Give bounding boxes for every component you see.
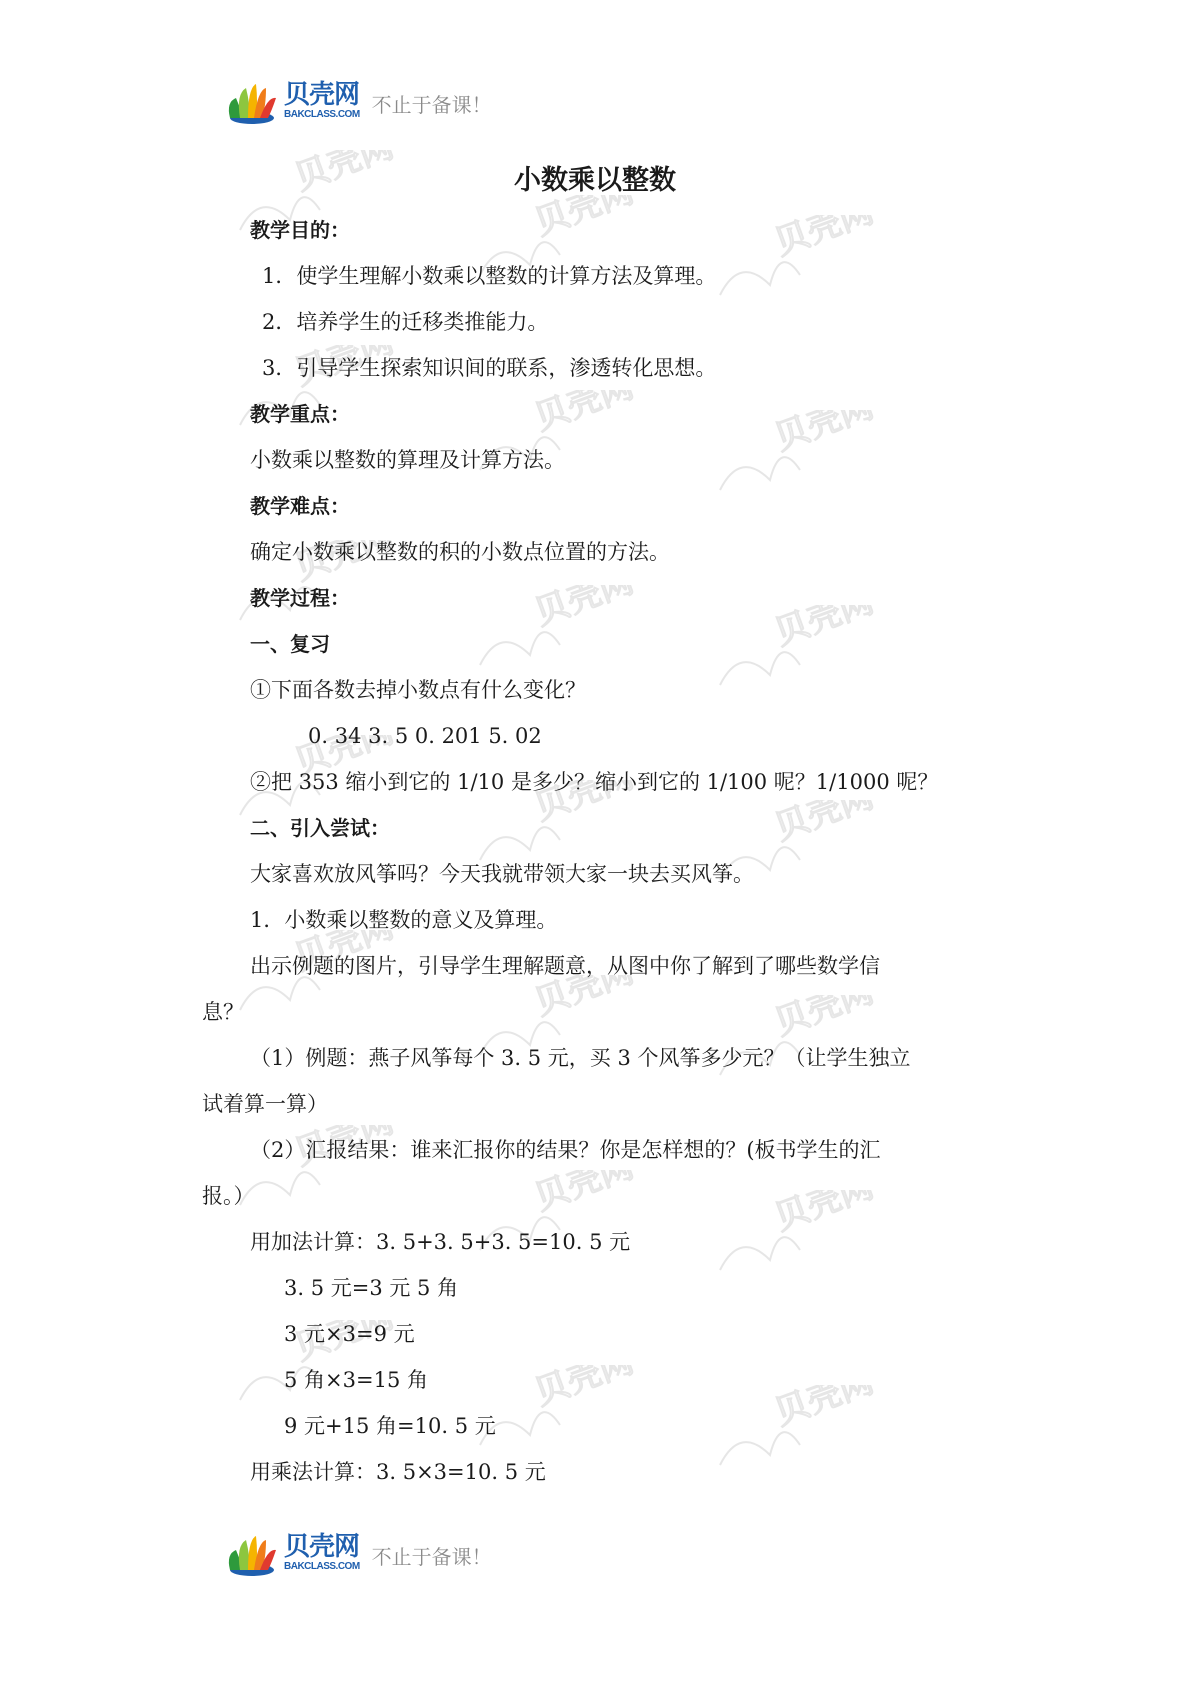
watermark-icon: 贝壳网	[710, 215, 910, 305]
svg-text:贝壳网: 贝壳网	[769, 800, 879, 848]
svg-text:贝壳网: 贝壳网	[529, 195, 639, 243]
svg-text:贝壳网: 贝壳网	[769, 1190, 879, 1238]
calc-step: 5 角×3=15 角	[284, 1366, 428, 1394]
heading-difficulties: 教学难点：	[250, 492, 350, 520]
objective-item: 3．引导学生探索知识间的联系，渗透转化思想。	[262, 354, 716, 382]
watermark-icon: 贝壳网	[470, 585, 670, 675]
review-question-2: ②把 353 缩小到它的 1/10 是多少？缩小到它的 1/100 呢？1/10…	[250, 768, 938, 796]
example-problem: （1）例题：燕子风筝每个 3. 5 元，买 3 个风筝多少元？（让学生独立	[250, 1044, 911, 1072]
difficulty-text: 确定小数乘以整数的积的小数点位置的方法。	[250, 538, 670, 566]
brand-domain: BAKCLASS.COM	[284, 109, 360, 121]
section-introduction: 二、引入尝试：	[250, 814, 390, 842]
calc-step: 3. 5 元=3 元 5 角	[284, 1274, 458, 1302]
section-review: 一、复习	[250, 630, 330, 658]
addition-method: 用加法计算：3. 5+3. 5+3. 5=10. 5 元	[250, 1228, 630, 1256]
paragraph-text: 出示例题的图片，引导学生理解题意，从图中你了解到了哪些数学信	[250, 952, 880, 980]
heading-objectives: 教学目的：	[250, 216, 350, 244]
paragraph-text: 息？	[202, 998, 244, 1026]
watermark-icon: 贝壳网	[470, 1365, 670, 1455]
shell-fan-icon	[222, 1530, 282, 1576]
svg-text:贝壳网: 贝壳网	[529, 390, 639, 438]
heading-key-points: 教学重点：	[250, 400, 350, 428]
subsection-meaning: 1．小数乘以整数的意义及算理。	[250, 906, 557, 934]
watermark-icon: 贝壳网	[710, 1385, 910, 1475]
svg-text:贝壳网: 贝壳网	[769, 995, 879, 1043]
footer-logo: 贝壳网 BAKCLASS.COM 不止于备课！	[222, 1530, 492, 1576]
svg-text:贝壳网: 贝壳网	[769, 605, 879, 653]
multiplication-method: 用乘法计算：3. 5×3=10. 5 元	[250, 1458, 546, 1486]
shell-fan-icon	[222, 78, 282, 124]
watermark-icon: 贝壳网	[710, 1190, 910, 1280]
key-point-text: 小数乘以整数的算理及计算方法。	[250, 446, 565, 474]
svg-text:贝壳网: 贝壳网	[529, 585, 639, 633]
svg-text:贝壳网: 贝壳网	[769, 215, 879, 263]
brand-domain: BAKCLASS.COM	[284, 1561, 360, 1573]
brand-slogan: 不止于备课！	[372, 89, 492, 118]
svg-text:贝壳网: 贝壳网	[529, 1170, 639, 1218]
brand-name: 贝壳网	[284, 1533, 360, 1561]
report-results: 报。）	[202, 1182, 255, 1210]
review-numbers: 0. 34 3. 5 0. 201 5. 02	[308, 722, 542, 750]
review-question-1: ①下面各数去掉小数点有什么变化？	[250, 676, 586, 704]
objective-item: 1．使学生理解小数乘以整数的计算方法及算理。	[262, 262, 716, 290]
svg-text:贝壳网: 贝壳网	[529, 975, 639, 1023]
header-logo: 贝壳网 BAKCLASS.COM 不止于备课！	[222, 78, 492, 124]
calc-step: 3 元×3=9 元	[284, 1320, 415, 1348]
watermark-icon: 贝壳网	[710, 410, 910, 500]
svg-text:贝壳网: 贝壳网	[769, 1385, 879, 1433]
document-title: 小数乘以整数	[0, 158, 1190, 197]
svg-text:贝壳网: 贝壳网	[529, 1365, 639, 1413]
brand-slogan: 不止于备课！	[372, 1541, 492, 1570]
watermark-icon: 贝壳网	[710, 605, 910, 695]
calc-step: 9 元+15 角=10. 5 元	[284, 1412, 496, 1440]
brand-name: 贝壳网	[284, 81, 360, 109]
example-problem: 试着算一算）	[202, 1090, 328, 1118]
report-results: （2）汇报结果：谁来汇报你的结果？你是怎样想的？(板书学生的汇	[250, 1136, 881, 1164]
objective-item: 2．培养学生的迁移类推能力。	[262, 308, 548, 336]
svg-text:贝壳网: 贝壳网	[769, 410, 879, 458]
intro-text: 大家喜欢放风筝吗？今天我就带领大家一块去买风筝。	[250, 860, 754, 888]
heading-process: 教学过程：	[250, 584, 350, 612]
